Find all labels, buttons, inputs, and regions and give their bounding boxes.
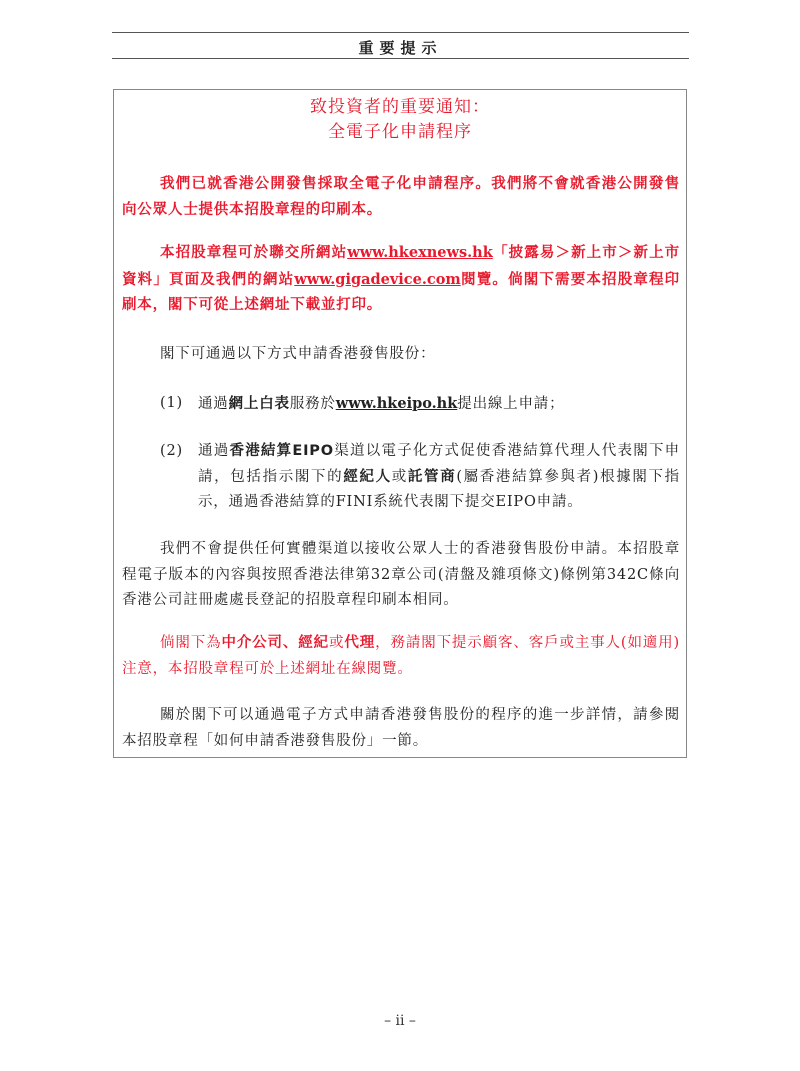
broker-term: 經紀人 <box>343 469 391 485</box>
list-text: 通過網上白表服務於www.hkeipo.hk提出線上申請； <box>198 391 680 418</box>
text-or: 或 <box>329 635 344 651</box>
paragraph-text: 我們已就香港公開發售採取全電子化申請程序。我們將不會就香港公開發售向公眾人士提供… <box>122 176 680 218</box>
header-bottom-rule <box>112 58 689 59</box>
custodian-term: 託管商 <box>408 469 456 485</box>
separator: 、 <box>283 635 298 651</box>
list-number: (1) <box>160 391 183 417</box>
important-notice-box: 致投資者的重要通知： 全電子化申請程序 我們已就香港公開發售採取全電子化申請程序… <box>113 89 687 758</box>
text-or: 或 <box>392 469 408 485</box>
header-top-rule <box>112 32 689 33</box>
page-header-title: 重要提示 <box>112 37 689 58</box>
paragraph-apply-methods: 閣下可通過以下方式申請香港發售股份： <box>122 342 680 368</box>
paragraph-further-details: 關於閣下可以通過電子方式申請香港發售股份的程序的進一步詳情，請參閱本招股章程「如… <box>122 703 680 754</box>
paragraph-prospectus-access: 本招股章程可於聯交所網站www.hkexnews.hk「披露易＞新上市＞新上市資… <box>122 240 680 319</box>
text-after: 提出線上申請； <box>457 396 564 412</box>
gigadevice-link[interactable]: www.gigadevice.com <box>294 271 460 288</box>
paragraph-text: 我們不會提供任何實體渠道以接收公眾人士的香港發售股份申請。本招股章程電子版本的內… <box>122 541 680 608</box>
paragraph-text-before: 本招股章程可於聯交所網站 <box>160 245 347 261</box>
notice-title-line1: 致投資者的重要通知： <box>114 95 686 120</box>
notice-title-line2: 全電子化申請程序 <box>114 120 686 145</box>
list-item-2: (2) 通過香港結算EIPO渠道以電子化方式促使香港結算代理人代表閣下申請，包括… <box>160 439 680 517</box>
paragraph-intermediaries: 倘閣下為中介公司、經紀或代理，務請閣下提示顧客、客戶或主事人(如適用)注意，本招… <box>122 631 680 682</box>
text-before: 通過 <box>198 443 229 459</box>
paragraph-text: 閣下可通過以下方式申請香港發售股份： <box>160 346 435 362</box>
white-form-term: 網上白表 <box>229 396 290 412</box>
list-item-1: (1) 通過網上白表服務於www.hkeipo.hk提出線上申請； <box>160 391 680 417</box>
text-before: 通過 <box>198 396 229 412</box>
text-before: 倘閣下為 <box>160 635 221 651</box>
intermediary-term: 中介公司 <box>221 635 282 651</box>
broker-term: 經紀 <box>298 635 329 651</box>
hkexnews-link[interactable]: www.hkexnews.hk <box>347 244 493 261</box>
hkeipo-link[interactable]: www.hkeipo.hk <box>336 395 458 412</box>
paragraph-no-physical-channel: 我們不會提供任何實體渠道以接收公眾人士的香港發售股份申請。本招股章程電子版本的內… <box>122 537 680 614</box>
page-number: – ii – <box>0 1013 800 1029</box>
list-text: 通過香港結算EIPO渠道以電子化方式促使香港結算代理人代表閣下申請，包括指示閣下… <box>198 439 680 516</box>
paragraph-electronic-only: 我們已就香港公開發售採取全電子化申請程序。我們將不會就香港公開發售向公眾人士提供… <box>122 172 680 223</box>
text-middle: 服務於 <box>290 396 336 412</box>
list-number: (2) <box>160 439 183 465</box>
paragraph-text: 關於閣下可以通過電子方式申請香港發售股份的程序的進一步詳情，請參閱本招股章程「如… <box>122 707 680 749</box>
agent-term: 代理 <box>344 635 375 651</box>
hkscc-eipo-term: 香港結算EIPO <box>229 443 333 459</box>
